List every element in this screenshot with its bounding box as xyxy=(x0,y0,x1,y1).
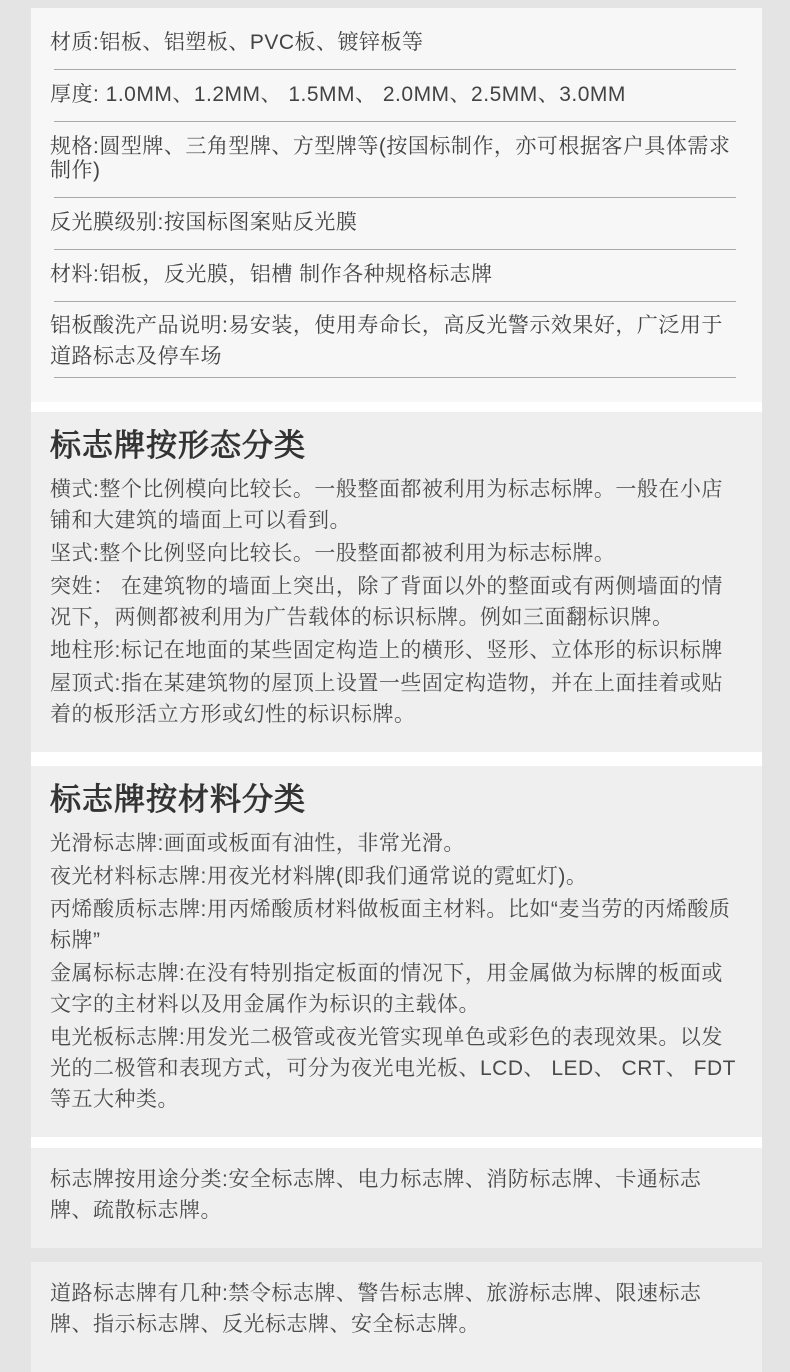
paragraph-vertical-type: 坚式:整个比例竖向比较长。一股整面都被利用为标志标牌。 xyxy=(50,538,740,569)
section-heading-form: 标志牌按形态分类 xyxy=(50,426,740,466)
spec-row-thickness: 厚度: 1.0MM、1.2MM、 1.5MM、 2.0MM、2.5MM、3.0M… xyxy=(31,70,762,121)
section-usage-classification: 标志牌按用途分类:安全标志牌、电力标志牌、消防标志牌、卡通标志牌、疏散标志牌。 xyxy=(31,1148,762,1230)
paragraph-smooth-sign: 光滑标志牌:画面或板面有油性，非常光滑。 xyxy=(50,828,740,859)
content-column: 材质:铝板、铝塑板、PVC板、镀锌板等 厚度: 1.0MM、1.2MM、 1.5… xyxy=(31,8,762,1230)
section-heading-material: 标志牌按材料分类 xyxy=(50,780,740,820)
section-material-classification: 标志牌按材料分类 光滑标志牌:画面或板面有油性，非常光滑。 夜光材料标志牌:用夜… xyxy=(31,766,762,1137)
paragraph-roof-type: 屋顶式:指在某建筑物的屋顶上设置一些固定构造物，并在上面挂着或贴着的板形活立方形… xyxy=(50,668,740,730)
paragraph-horizontal-type: 横式:整个比例模向比较长。一般整面都被利用为标志标牌。一般在小店铺和大建筑的墙面… xyxy=(50,474,740,536)
paragraph-ground-pillar-type: 地柱形:标记在地面的某些固定构造上的横形、竖形、立体形的标识标牌 xyxy=(50,635,740,666)
spec-row-product-description: 铝板酸洗产品说明:易安装，使用寿命长，高反光警示效果好，广泛用于道路标志及停车场 xyxy=(31,302,762,377)
paragraph-usage-classification: 标志牌按用途分类:安全标志牌、电力标志牌、消防标志牌、卡通标志牌、疏散标志牌。 xyxy=(50,1164,740,1226)
paragraph-luminous-sign: 夜光材料标志牌:用夜光材料牌(即我们通常说的霓虹灯)。 xyxy=(50,861,740,892)
paragraph-metal-sign: 金属标标志牌:在没有特别指定板面的情况下，用金属做为标牌的板面或文字的主材料以及… xyxy=(50,958,740,1020)
spec-row-reflective-film: 反光膜级别:按国标图案贴反光膜 xyxy=(31,198,762,249)
paragraph-electro-optical-sign: 电光板标志牌:用发光二极管或夜光管实现单色或彩色的表现效果。以发光的二极管和表现… xyxy=(50,1022,740,1115)
spec-table: 材质:铝板、铝塑板、PVC板、镀锌板等 厚度: 1.0MM、1.2MM、 1.5… xyxy=(31,8,762,402)
spec-row-materials: 材料:铝板，反光膜，铝槽 制作各种规格标志牌 xyxy=(31,250,762,301)
paragraph-acrylic-sign: 丙烯酸质标志牌:用丙烯酸质材料做板面主材料。比如“麦当劳的丙烯酸质标牌” xyxy=(50,894,740,956)
section-form-classification: 标志牌按形态分类 横式:整个比例模向比较长。一般整面都被利用为标志标牌。一般在小… xyxy=(31,412,762,752)
spec-row-material-type: 材质:铝板、铝塑板、PVC板、镀锌板等 xyxy=(31,18,762,69)
spec-row-specification: 规格:圆型牌、三角型牌、方型牌等(按国标制作，亦可根据客户具体需求制作) xyxy=(31,122,762,197)
row-divider xyxy=(54,377,736,378)
paragraph-protruding-type: 突姓： 在建筑物的墙面上突出，除了背面以外的整面或有两侧墙面的情况下，两侧都被利… xyxy=(50,571,740,633)
